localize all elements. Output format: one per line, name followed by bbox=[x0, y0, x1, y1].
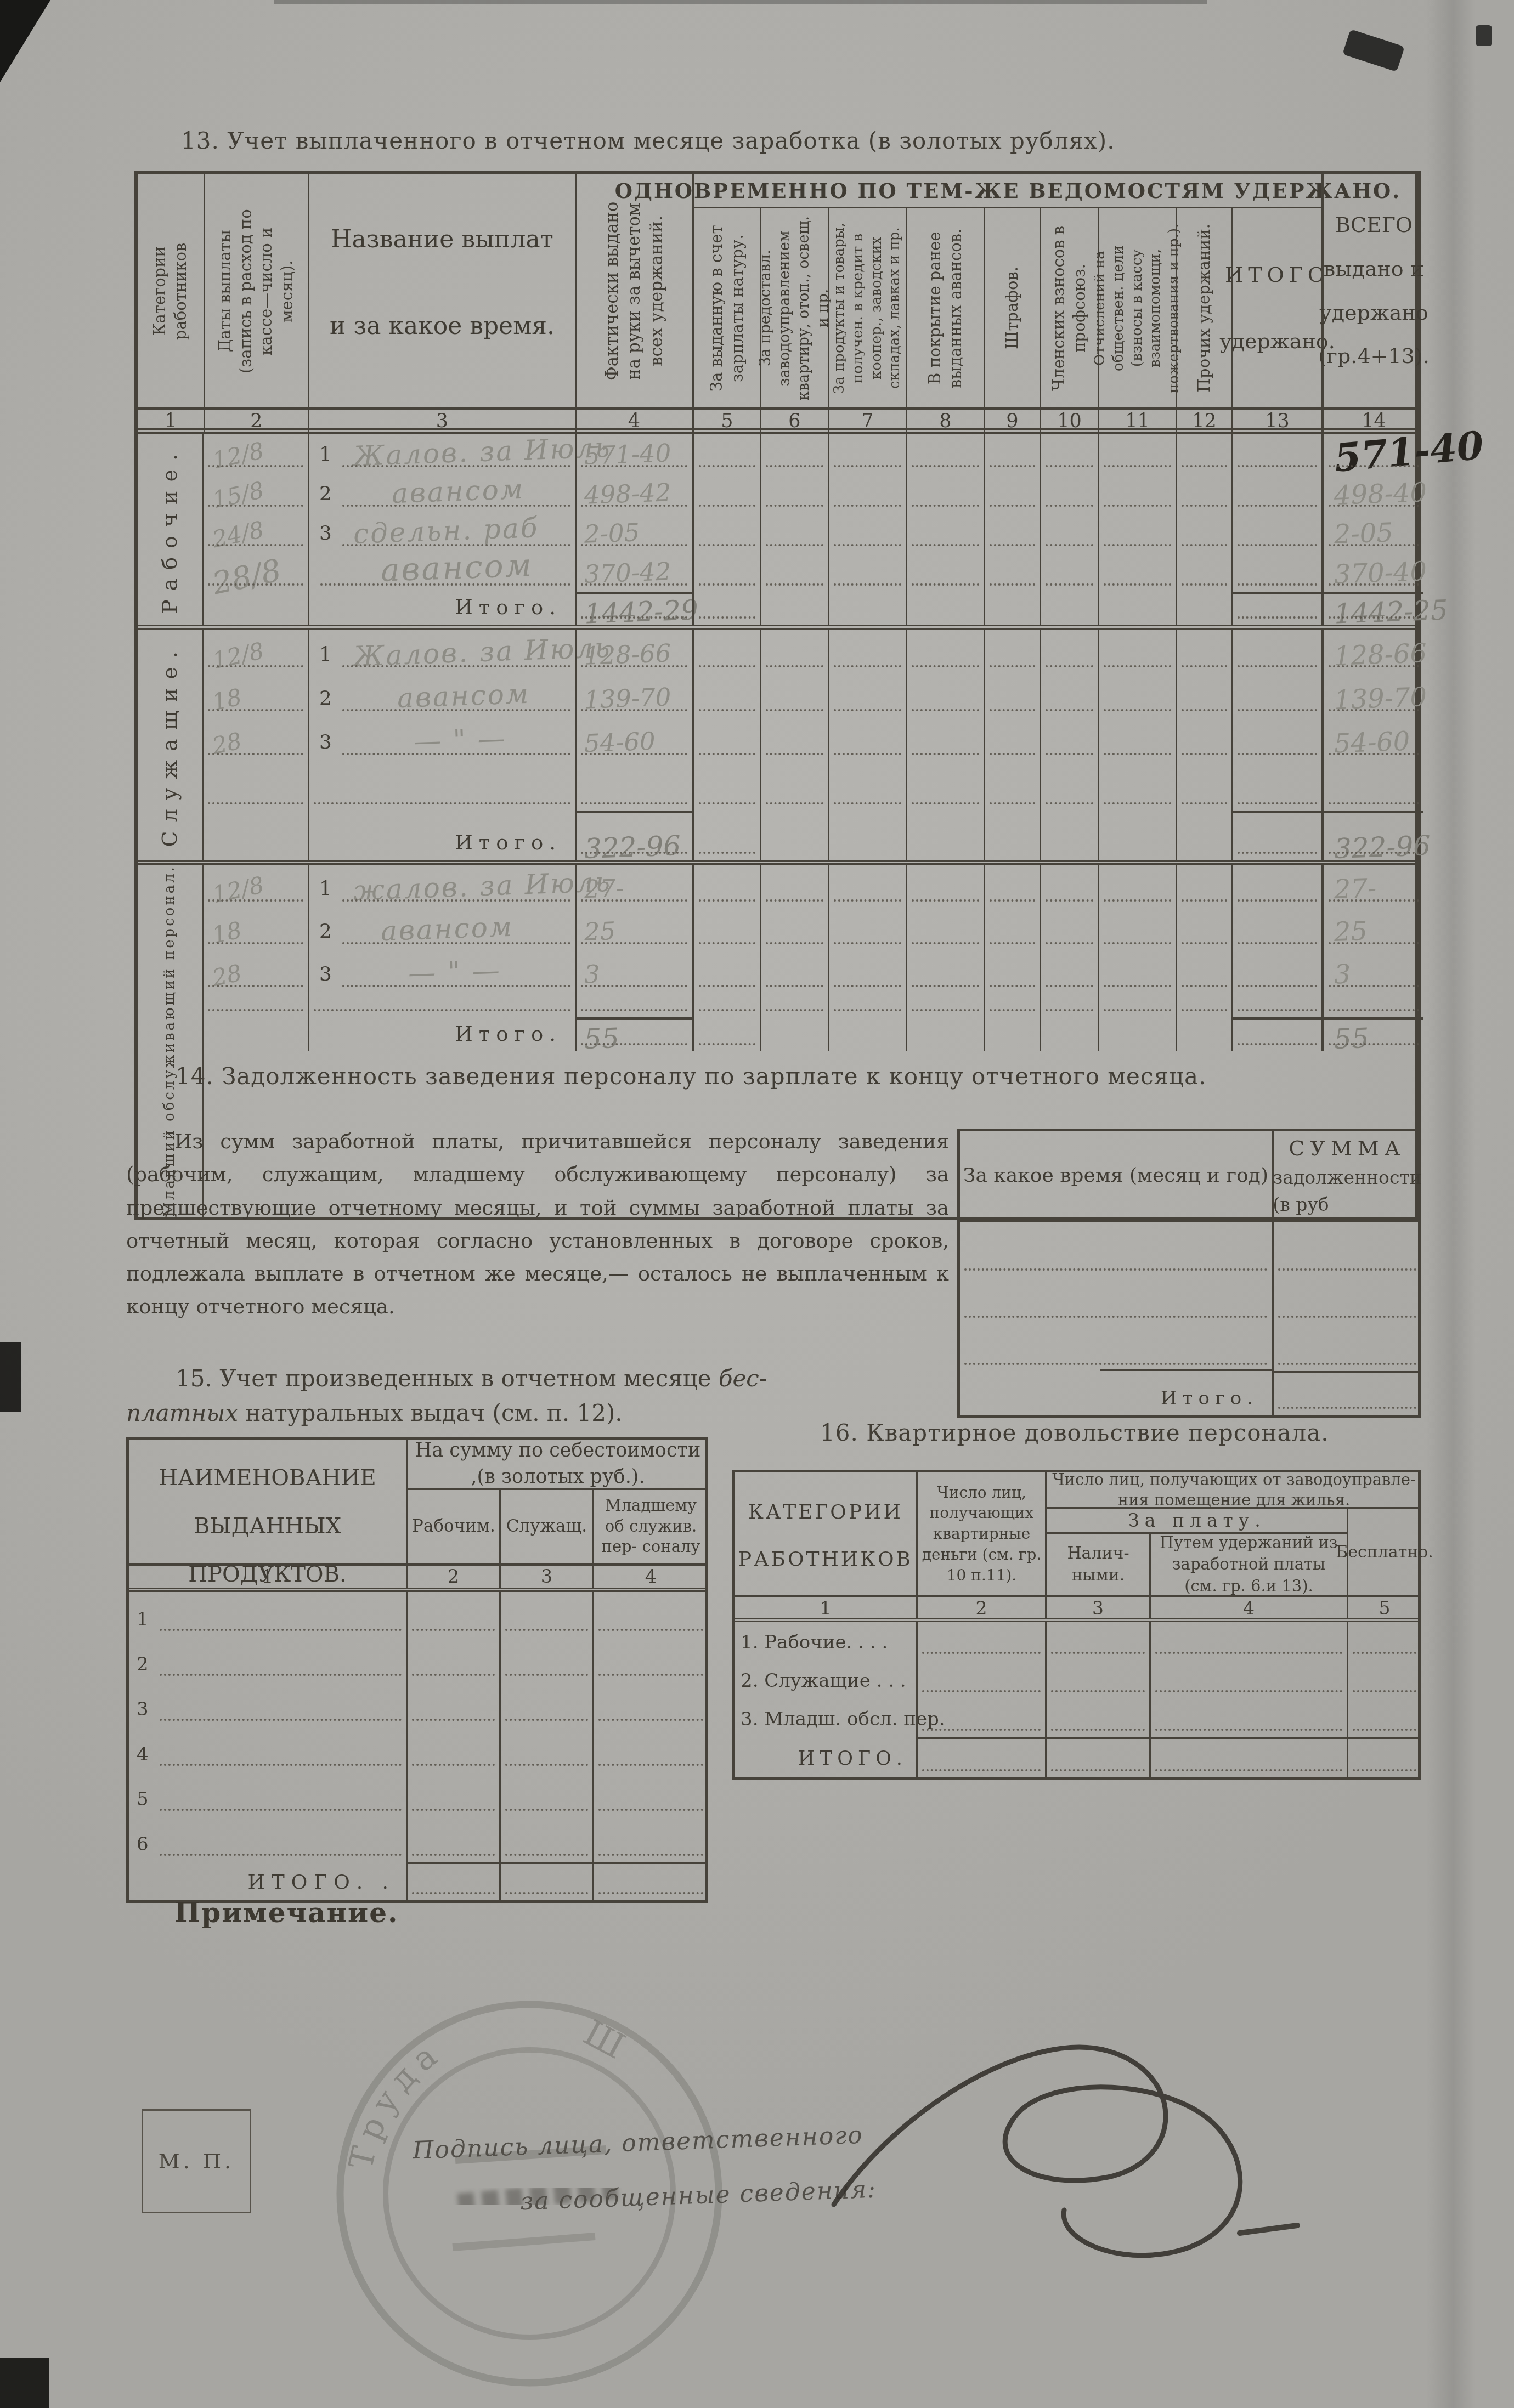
itogo-paid-cell: 322-96 bbox=[575, 811, 692, 860]
dotted-leader bbox=[990, 665, 1035, 667]
paid-cell: 2-05 bbox=[575, 513, 692, 552]
dotted-leader bbox=[581, 544, 687, 546]
dotted-leader bbox=[342, 665, 570, 667]
dotted-leader bbox=[912, 1009, 979, 1011]
dotted-leader bbox=[581, 665, 687, 667]
inkind-row: 2 bbox=[129, 1637, 705, 1682]
dotted-leader bbox=[1329, 616, 1419, 619]
group-header-withheld: ОДНОВРЕМЕННО ПО ТЕМ-ЖЕ ВЕДОМОСТЯМ УДЕРЖА… bbox=[692, 174, 1321, 208]
dotted-leader bbox=[699, 985, 755, 987]
dotted-leader bbox=[834, 802, 901, 804]
dotted-leader bbox=[1329, 583, 1419, 586]
section14-title: 14. Задолженность заведения персоналу по… bbox=[176, 1063, 1206, 1090]
dotted-leader bbox=[342, 753, 570, 755]
scanned-document-page: 13. Учет выплаченного в отчетном месяце … bbox=[0, 0, 1514, 2408]
total-cell: 27- bbox=[1321, 865, 1423, 908]
dotted-leader bbox=[208, 465, 303, 467]
itogo-total-cell: 1442-25 bbox=[1321, 592, 1423, 625]
debt-table: За какое время (месяц и год) СУММА задол… bbox=[957, 1129, 1421, 1418]
payment-row: 18 2авансом 25 25 bbox=[204, 908, 1423, 950]
scan-edge-line bbox=[274, 0, 1207, 4]
dotted-leader bbox=[581, 465, 687, 467]
dotted-leader bbox=[699, 665, 755, 667]
dotted-leader bbox=[699, 1043, 755, 1045]
name-cell: 2авансом bbox=[308, 673, 575, 717]
dotted-leader bbox=[342, 899, 570, 902]
name-cell: 3— " — bbox=[308, 950, 575, 993]
itogo-total-cell: 322-96 bbox=[1321, 811, 1423, 860]
dotted-leader bbox=[208, 899, 303, 902]
dotted-leader bbox=[1238, 1043, 1317, 1045]
dotted-leader bbox=[990, 942, 1035, 944]
dotted-leader bbox=[990, 544, 1035, 546]
table-header: Категории работников Даты выплаты (запис… bbox=[138, 174, 1415, 407]
group-header-premises: Число лиц, получающих от заводоуправле- … bbox=[1045, 1472, 1421, 1509]
dotted-leader bbox=[1046, 985, 1093, 987]
payment-row: 12/8 1жалов. за Июль 27- 27- bbox=[204, 865, 1423, 908]
dotted-leader bbox=[1238, 753, 1317, 755]
dotted-leader bbox=[699, 942, 755, 944]
dotted-leader bbox=[1329, 802, 1419, 804]
dotted-leader bbox=[1104, 899, 1171, 902]
dotted-leader bbox=[1104, 802, 1171, 804]
total-cell: 3 bbox=[1321, 950, 1423, 993]
dotted-leader bbox=[208, 753, 303, 755]
inkind-row: 1 bbox=[129, 1592, 705, 1637]
dotted-leader bbox=[1238, 583, 1317, 586]
scan-mark bbox=[1342, 29, 1405, 72]
dotted-leader bbox=[834, 985, 901, 987]
dotted-leader bbox=[160, 1764, 402, 1766]
dotted-leader bbox=[1329, 985, 1419, 987]
name-cell: 1Жалов. за Июль bbox=[308, 630, 575, 673]
dotted-leader bbox=[581, 753, 687, 755]
dotted-leader bbox=[598, 1764, 703, 1766]
dotted-leader bbox=[699, 852, 755, 854]
payment-row: 15/8 2авансом 498-42 498-40 bbox=[204, 473, 1423, 513]
paid-cell: 3 bbox=[575, 950, 692, 993]
dotted-leader bbox=[990, 465, 1035, 467]
dotted-leader bbox=[208, 985, 303, 987]
dotted-leader bbox=[342, 985, 570, 987]
debt-itogo-row: Итого. bbox=[960, 1371, 1418, 1415]
dotted-leader bbox=[505, 1719, 588, 1721]
dotted-leader bbox=[964, 1268, 1267, 1271]
housing-table: КАТЕГОРИИ РАБОТНИКОВ Число лиц, получающ… bbox=[732, 1470, 1421, 1780]
name-cell: 3— " — bbox=[308, 717, 575, 761]
dotted-leader bbox=[912, 583, 979, 586]
dotted-leader bbox=[598, 1674, 703, 1676]
dotted-leader bbox=[581, 1043, 687, 1045]
col-header-products: НАИМЕНОВАНИЕ ВЫДАННЫХ ПРОДУКТОВ. bbox=[129, 1440, 406, 1563]
dotted-leader bbox=[314, 1009, 570, 1011]
paid-cell: 139-70 bbox=[575, 673, 692, 717]
col-header-to-employees: Служащ. bbox=[499, 1490, 592, 1563]
itogo-label-cell: Итого. bbox=[308, 592, 575, 625]
dotted-leader bbox=[1046, 583, 1093, 586]
dotted-leader bbox=[1046, 709, 1093, 711]
dotted-leader bbox=[766, 899, 823, 902]
housing-row: 1. Рабочие. . . . bbox=[735, 1622, 1418, 1660]
col-header-categories: Категории работников bbox=[138, 174, 204, 407]
dotted-leader bbox=[699, 544, 755, 546]
inkind-row: 4 bbox=[129, 1727, 705, 1772]
dotted-leader bbox=[1329, 1009, 1419, 1011]
col-header-fines: Штрафов. bbox=[984, 208, 1040, 407]
note-heading: Примечание. bbox=[174, 1896, 398, 1929]
dotted-leader bbox=[834, 544, 901, 546]
dotted-leader bbox=[208, 665, 303, 667]
paid-cell: 571-40 bbox=[575, 434, 692, 473]
dotted-leader bbox=[1155, 1769, 1342, 1771]
dotted-leader bbox=[1329, 753, 1419, 755]
dotted-leader bbox=[581, 852, 687, 854]
dotted-leader bbox=[1046, 942, 1093, 944]
inkind-table-header: НАИМЕНОВАНИЕ ВЫДАННЫХ ПРОДУКТОВ. На сумм… bbox=[129, 1440, 705, 1566]
dotted-leader bbox=[412, 1629, 495, 1631]
section13-title: 13. Учет выплаченного в отчетном месяце … bbox=[181, 127, 1115, 154]
dotted-leader bbox=[1353, 1769, 1416, 1771]
dotted-leader bbox=[342, 942, 570, 944]
dotted-leader bbox=[208, 544, 303, 546]
dotted-leader bbox=[922, 1690, 1041, 1692]
dotted-leader bbox=[912, 505, 979, 507]
dotted-leader bbox=[1104, 709, 1171, 711]
dotted-leader bbox=[922, 1652, 1041, 1654]
dotted-leader bbox=[1155, 1690, 1342, 1692]
dotted-leader bbox=[1104, 465, 1171, 467]
dotted-leader bbox=[1046, 544, 1093, 546]
dotted-leader bbox=[1238, 665, 1317, 667]
dotted-leader bbox=[505, 1892, 588, 1894]
dotted-leader bbox=[1238, 942, 1317, 944]
subheader-for-pay: За плату. bbox=[1045, 1509, 1347, 1534]
seal-placeholder-box: М. П. bbox=[142, 2109, 251, 2213]
date-cell: 15/8 bbox=[204, 473, 308, 513]
dotted-leader bbox=[1182, 709, 1227, 711]
section15-title: 15. Учет произведенных в отчетном месяце… bbox=[126, 1361, 828, 1430]
dotted-leader bbox=[766, 544, 823, 546]
date-cell: 24/8 bbox=[204, 513, 308, 552]
dotted-leader bbox=[1104, 942, 1171, 944]
dotted-leader bbox=[1182, 899, 1227, 902]
dotted-leader bbox=[412, 1719, 495, 1721]
dotted-leader bbox=[598, 1892, 703, 1894]
name-cell: 1жалов. за Июль bbox=[308, 865, 575, 908]
dotted-leader bbox=[912, 899, 979, 902]
debt-row bbox=[960, 1222, 1418, 1277]
col-header-to-workers: Рабочим. bbox=[406, 1490, 499, 1563]
date-cell: 12/8 bbox=[204, 865, 308, 908]
inkind-row: 6 bbox=[129, 1817, 705, 1862]
dotted-leader bbox=[598, 1854, 703, 1856]
section16-title: 16. Квартирное довольствие персонала. bbox=[820, 1419, 1329, 1446]
column-numbers-row: 1 2 3 4 5 6 7 8 9 10 11 12 13 14 bbox=[138, 407, 1415, 434]
inkind-row: 3 bbox=[129, 1682, 705, 1727]
col-header-grand-total: ВСЕГО выдано и удержано (гр.4+13). bbox=[1321, 174, 1423, 407]
col-header-public-purposes: Отчислений на обществен. цели (взносы в … bbox=[1098, 208, 1176, 407]
dotted-leader bbox=[208, 942, 303, 944]
dotted-leader bbox=[1238, 465, 1317, 467]
dotted-leader bbox=[912, 985, 979, 987]
col-header-free: Бесплатно. bbox=[1347, 1509, 1421, 1595]
dotted-leader bbox=[912, 665, 979, 667]
dotted-leader bbox=[1104, 665, 1171, 667]
dotted-leader bbox=[598, 1629, 703, 1631]
paid-cell: 128-66 bbox=[575, 630, 692, 673]
dotted-leader bbox=[1104, 985, 1171, 987]
dotted-leader bbox=[1046, 665, 1093, 667]
dotted-leader bbox=[412, 1854, 495, 1856]
name-cell: 3сдельн. раб bbox=[308, 513, 575, 552]
col-header-actually-paid: Фактически выдано на руки за вычетом все… bbox=[575, 174, 692, 407]
dotted-leader bbox=[1051, 1652, 1145, 1654]
dotted-leader bbox=[160, 1674, 402, 1676]
dotted-leader bbox=[912, 753, 979, 755]
dotted-leader bbox=[964, 1316, 1267, 1318]
dotted-leader bbox=[208, 709, 303, 711]
dotted-leader bbox=[1182, 1009, 1227, 1011]
dotted-leader bbox=[505, 1854, 588, 1856]
scan-corner-artifact bbox=[0, 0, 50, 82]
dotted-leader bbox=[766, 583, 823, 586]
dotted-leader bbox=[1329, 544, 1419, 546]
inkind-issues-table: НАИМЕНОВАНИЕ ВЫДАННЫХ ПРОДУКТОВ. На сумм… bbox=[126, 1437, 708, 1903]
dotted-leader bbox=[766, 665, 823, 667]
dotted-leader bbox=[412, 1892, 495, 1894]
payment-row: 28 3— " — 54-60 54-60 bbox=[204, 717, 1423, 761]
dotted-leader bbox=[208, 802, 303, 804]
dotted-leader bbox=[990, 985, 1035, 987]
dotted-leader bbox=[990, 505, 1035, 507]
dotted-leader bbox=[912, 942, 979, 944]
dotted-leader bbox=[598, 1719, 703, 1721]
section14-paragraph: Из сумм заработной платы, причитавшейся … bbox=[126, 1125, 949, 1324]
name-cell: авансом bbox=[308, 552, 575, 592]
dotted-leader bbox=[990, 899, 1035, 902]
dotted-leader bbox=[1278, 1407, 1416, 1409]
date-cell: 28/8 bbox=[204, 552, 308, 592]
dotted-leader bbox=[766, 465, 823, 467]
dotted-leader bbox=[912, 709, 979, 711]
dotted-leader bbox=[834, 465, 901, 467]
dotted-leader bbox=[581, 899, 687, 902]
debt-row bbox=[960, 1324, 1418, 1371]
dotted-leader bbox=[342, 544, 570, 546]
dotted-leader bbox=[598, 1809, 703, 1811]
dotted-leader bbox=[1104, 583, 1171, 586]
paid-cell: 498-42 bbox=[575, 473, 692, 513]
dotted-leader bbox=[505, 1629, 588, 1631]
dotted-leader bbox=[1182, 985, 1227, 987]
housing-itogo-row: ИТОГО. bbox=[735, 1737, 1418, 1777]
col-header-period: За какое время (месяц и год) bbox=[960, 1131, 1272, 1220]
blank-row bbox=[204, 761, 1423, 811]
paid-cell: 370-42 bbox=[575, 552, 692, 592]
paid-cell: 25 bbox=[575, 908, 692, 950]
dotted-leader bbox=[581, 802, 687, 804]
blank-row bbox=[204, 993, 1423, 1017]
col-header-money-recipients: Число лиц, получающих квартирные деньги … bbox=[916, 1472, 1045, 1595]
scan-corner-artifact bbox=[0, 2358, 49, 2408]
dotted-leader bbox=[1278, 1268, 1416, 1271]
dotted-leader bbox=[1329, 942, 1419, 944]
col-header-sum: СУММА задолженности (в руб bbox=[1272, 1131, 1421, 1220]
dotted-leader bbox=[1238, 505, 1317, 507]
dotted-leader bbox=[834, 505, 901, 507]
dotted-leader bbox=[412, 1674, 495, 1676]
dotted-leader bbox=[1046, 753, 1093, 755]
dotted-leader bbox=[342, 465, 570, 467]
dotted-leader bbox=[912, 802, 979, 804]
payment-row: 18 2авансом 139-70 139-70 bbox=[204, 673, 1423, 717]
dotted-leader bbox=[912, 544, 979, 546]
dotted-leader bbox=[834, 753, 901, 755]
dotted-leader bbox=[1238, 899, 1317, 902]
dotted-leader bbox=[766, 753, 823, 755]
dotted-leader bbox=[1104, 1009, 1171, 1011]
dotted-leader bbox=[1051, 1690, 1145, 1692]
dotted-leader bbox=[1238, 709, 1317, 711]
dotted-leader bbox=[912, 465, 979, 467]
dotted-leader bbox=[1329, 899, 1419, 902]
dotted-leader bbox=[342, 709, 570, 711]
name-cell: 1Жалов. за Июль bbox=[308, 434, 575, 473]
dotted-leader bbox=[1182, 505, 1227, 507]
dotted-leader bbox=[1182, 942, 1227, 944]
dotted-leader bbox=[766, 1009, 823, 1011]
dotted-leader bbox=[314, 802, 570, 804]
itogo-total-cell: 55 bbox=[1321, 1017, 1423, 1051]
name-cell: 2авансом bbox=[308, 908, 575, 950]
dotted-leader bbox=[581, 616, 687, 619]
dotted-leader bbox=[834, 709, 901, 711]
dotted-leader bbox=[699, 465, 755, 467]
page-crease bbox=[1426, 0, 1476, 2408]
scan-mark bbox=[1476, 25, 1492, 46]
col-header-in-kind: За выданную в счет зарплаты натуру. bbox=[692, 208, 760, 407]
dotted-leader bbox=[1329, 709, 1419, 711]
dotted-leader bbox=[1238, 1009, 1317, 1011]
signature-dash bbox=[1240, 2225, 1297, 2233]
date-cell: 12/8 bbox=[204, 434, 308, 473]
total-cell: 54-60 bbox=[1321, 717, 1423, 761]
dotted-leader bbox=[990, 709, 1035, 711]
payment-row: 28/8 авансом 370-42 370-40 bbox=[204, 552, 1423, 592]
dotted-leader bbox=[1046, 465, 1093, 467]
dotted-leader bbox=[766, 942, 823, 944]
dotted-leader bbox=[1329, 465, 1419, 467]
dotted-leader bbox=[699, 616, 755, 619]
itogo-paid-cell: 55 bbox=[575, 1017, 692, 1051]
name-cell: 2авансом bbox=[308, 473, 575, 513]
dotted-leader bbox=[1104, 753, 1171, 755]
dotted-leader bbox=[1329, 852, 1419, 854]
dotted-leader bbox=[834, 583, 901, 586]
handwritten-signature bbox=[801, 1996, 1322, 2303]
dotted-leader bbox=[699, 802, 755, 804]
dotted-leader bbox=[581, 942, 687, 944]
dotted-leader bbox=[581, 505, 687, 507]
dotted-leader bbox=[1329, 1043, 1419, 1045]
dotted-leader bbox=[581, 985, 687, 987]
dotted-leader bbox=[1104, 505, 1171, 507]
col-header-other-deductions: Прочих удержаний. bbox=[1176, 208, 1231, 407]
dotted-leader bbox=[699, 505, 755, 507]
itogo-row: Итого. 1442-29 1442-25 bbox=[204, 592, 1423, 625]
dotted-leader bbox=[990, 1009, 1035, 1011]
dotted-leader bbox=[1353, 1652, 1416, 1654]
dotted-leader bbox=[208, 505, 303, 507]
paid-cell: 27- bbox=[575, 865, 692, 908]
date-cell: 12/8 bbox=[204, 630, 308, 673]
dotted-leader bbox=[1329, 505, 1419, 507]
date-cell: 18 bbox=[204, 673, 308, 717]
section-label-workers: Рабочие. bbox=[138, 434, 204, 625]
dotted-leader bbox=[505, 1809, 588, 1811]
dotted-leader bbox=[1353, 1729, 1416, 1731]
dotted-leader bbox=[964, 1363, 1267, 1365]
inkind-itogo-row: ИТОГО. . bbox=[129, 1862, 705, 1900]
dotted-leader bbox=[990, 583, 1035, 586]
dotted-leader bbox=[766, 985, 823, 987]
dotted-leader bbox=[1182, 802, 1227, 804]
date-cell: 18 bbox=[204, 908, 308, 950]
col-header-total-withheld: ИТОГО удержано. bbox=[1231, 208, 1321, 407]
inkind-row: 5 bbox=[129, 1772, 705, 1817]
total-cell: 571-40 bbox=[1321, 434, 1423, 473]
total-cell: 2-05 bbox=[1321, 513, 1423, 552]
dotted-leader bbox=[922, 1769, 1041, 1771]
col-header-cost-group: На сумму по себестоимости ,(в золотых ру… bbox=[406, 1440, 708, 1490]
itogo-row: Итого. 55 55 bbox=[204, 1017, 1423, 1051]
dotted-leader bbox=[1278, 1363, 1416, 1365]
dotted-leader bbox=[1182, 583, 1227, 586]
total-cell: 370-40 bbox=[1321, 552, 1423, 592]
col-header-advances-cover: В покрытие ранее выданных авансов. bbox=[906, 208, 984, 407]
debt-row bbox=[960, 1277, 1418, 1324]
dotted-leader bbox=[699, 583, 755, 586]
col-header-housing: За предоставл. заводоуправлением квартир… bbox=[760, 208, 828, 407]
dotted-leader bbox=[208, 1009, 303, 1011]
dotted-leader bbox=[342, 505, 570, 507]
dotted-leader bbox=[1046, 899, 1093, 902]
dotted-leader bbox=[1238, 616, 1317, 619]
dotted-leader bbox=[766, 802, 823, 804]
itogo-label-cell: Итого. bbox=[308, 811, 575, 860]
itogo-row: Итого. 322-96 322-96 bbox=[204, 811, 1423, 860]
section-employees: Служащие. 12/8 1Жалов. за Июль 128-66 12… bbox=[138, 630, 1415, 865]
col-header-worker-categories: КАТЕГОРИИ РАБОТНИКОВ bbox=[735, 1472, 916, 1595]
date-cell: 28 bbox=[204, 950, 308, 993]
dotted-leader bbox=[766, 709, 823, 711]
dotted-leader bbox=[699, 899, 755, 902]
date-cell: 28 bbox=[204, 717, 308, 761]
dotted-leader bbox=[1182, 753, 1227, 755]
dotted-leader bbox=[505, 1674, 588, 1676]
col-header-via-deductions: Путем удержаний из заработной платы (см.… bbox=[1149, 1534, 1347, 1595]
dotted-leader bbox=[699, 753, 755, 755]
dotted-leader bbox=[412, 1809, 495, 1811]
dotted-leader bbox=[834, 665, 901, 667]
col-header-union-dues: Членских взносов в профсоюз. bbox=[1040, 208, 1098, 407]
itogo-paid-cell: 1442-29 bbox=[575, 592, 692, 625]
debt-table-header: За какое время (месяц и год) СУММА задол… bbox=[960, 1131, 1418, 1222]
housing-row: 2. Служащие . . . bbox=[735, 1660, 1418, 1698]
payment-row: 28 3— " — 3 3 bbox=[204, 950, 1423, 993]
dotted-leader bbox=[1046, 1009, 1093, 1011]
dotted-leader bbox=[990, 753, 1035, 755]
